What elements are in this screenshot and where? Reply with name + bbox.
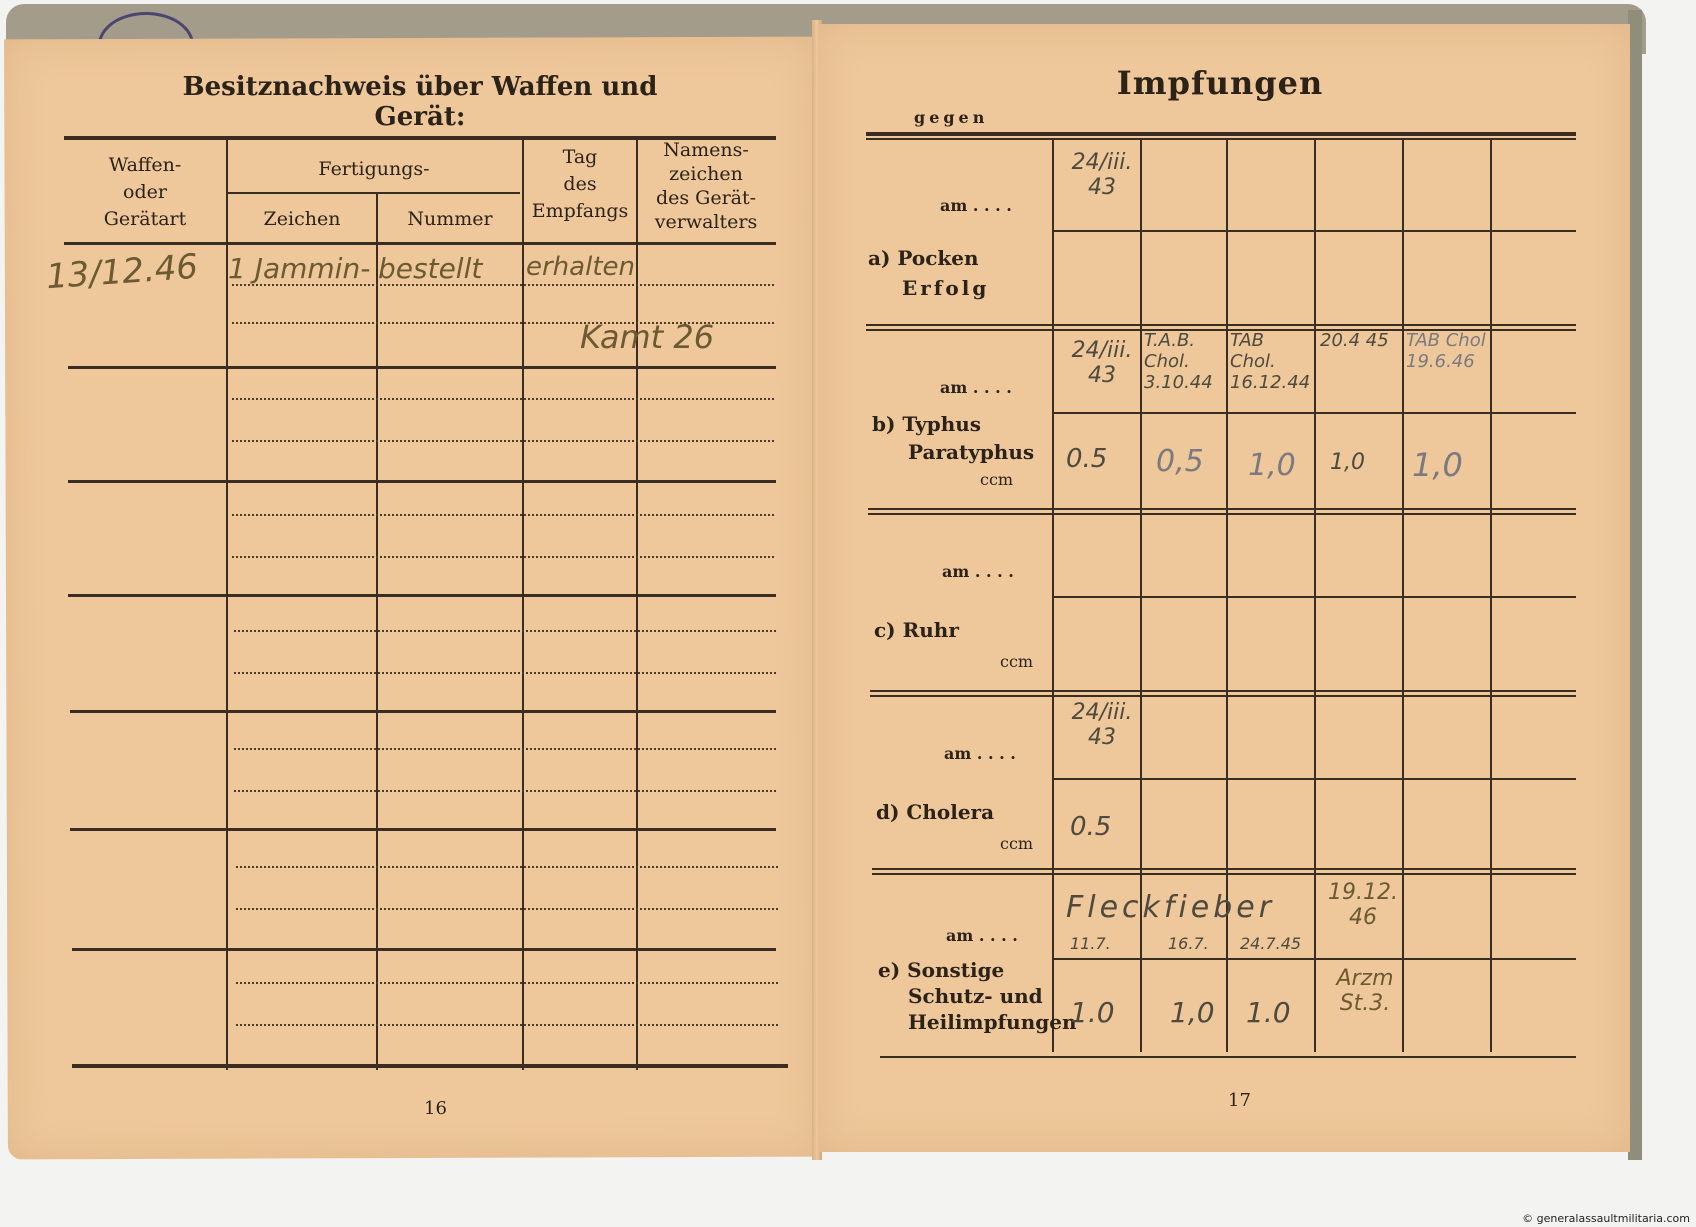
fleckfieber-note: Fleckfieber: [1066, 890, 1275, 925]
cholera-date: 24/iii. 43: [1062, 700, 1142, 750]
table-top-rule: [866, 138, 1576, 140]
am-divider: [1054, 412, 1576, 414]
row-rule: [72, 948, 776, 951]
am-divider: [1054, 596, 1576, 598]
section-a-sub: Erfolg: [902, 276, 989, 300]
sonstige-date: 24.7.45: [1240, 934, 1301, 953]
header-fertigung: Fertigungs-: [228, 156, 520, 183]
section-rule: [868, 508, 1576, 510]
am-label: am . . . .: [940, 196, 1012, 215]
dotted-line: [232, 514, 774, 516]
entry-text: 1 Jammin-: [228, 252, 370, 285]
am-divider: [1054, 778, 1576, 780]
typhus-ccm: 0,5: [1156, 444, 1204, 479]
header-tag: TagdesEmpfangs: [524, 144, 636, 225]
header-nummer: Nummer: [378, 206, 522, 233]
entry-text: bestellt: [378, 252, 482, 285]
table-bottom-rule: [880, 1056, 1576, 1058]
am-label: am . . . .: [946, 926, 1018, 945]
sonstige-note: Arzm St.3.: [1330, 966, 1400, 1016]
typhus-ccm: 1,0: [1330, 450, 1365, 475]
dotted-line: [234, 748, 776, 750]
col-divider: [522, 140, 524, 1070]
row-rule: [68, 366, 776, 369]
am-divider: [1054, 230, 1576, 232]
typhus-date: T.A.B. Chol. 3.10.44: [1144, 330, 1228, 393]
right-page: [818, 24, 1630, 1152]
sonstige-date: 19.12. 46: [1328, 880, 1398, 930]
typhus-date: TAB Chol 19.6.46: [1406, 330, 1486, 372]
entry-text: erhalten: [526, 252, 635, 282]
section-e-label: e) Sonstige: [878, 958, 1004, 982]
section-rule: [866, 324, 1576, 326]
dotted-line: [232, 440, 774, 442]
section-e-sub: Schutz- und: [908, 984, 1043, 1008]
left-page-title: Besitznachweis über Waffen und Gerät:: [150, 72, 690, 132]
section-a-label: a) Pocken: [868, 246, 979, 270]
am-divider: [1054, 958, 1576, 960]
row-rule: [68, 480, 776, 483]
sonstige-date: 11.7.: [1070, 934, 1111, 953]
section-e-sub2: Heilimpfungen: [908, 1010, 1077, 1034]
ccm-label: ccm: [1000, 834, 1033, 853]
section-rule: [872, 868, 1576, 870]
table-bottom-rule: [72, 1064, 788, 1068]
table-top-rule: [866, 132, 1576, 136]
header-namen: Namens-zeichendes Gerät-verwalters: [638, 138, 774, 234]
col-divider: [376, 194, 378, 1070]
sonstige-ccm: 1.0: [1070, 996, 1115, 1029]
typhus-date: 24/iii. 43: [1062, 338, 1142, 388]
sonstige-date: 16.7.: [1168, 934, 1209, 953]
section-d-label: d) Cholera: [876, 800, 994, 824]
gegen-label: gegen: [914, 108, 988, 127]
dotted-line: [232, 556, 774, 558]
cholera-ccm: 0.5: [1070, 812, 1111, 842]
section-rule: [870, 690, 1576, 692]
typhus-date: 20.4 45: [1320, 330, 1400, 351]
dotted-line: [234, 672, 776, 674]
right-page-title: Impfungen: [1100, 64, 1340, 102]
typhus-ccm: 1,0: [1248, 448, 1296, 483]
dotted-line: [234, 790, 776, 792]
fertigung-divider: [226, 192, 520, 194]
copyright-notice: © generalassaultmilitaria.com: [1522, 1212, 1690, 1225]
row-rule: [70, 710, 776, 713]
ccm-label: ccm: [980, 470, 1013, 489]
section-rule: [870, 695, 1576, 697]
page-number-right: 17: [1228, 1090, 1251, 1111]
dotted-line: [236, 1024, 778, 1026]
am-label: am . . . .: [940, 378, 1012, 397]
sonstige-ccm: 1,0: [1170, 996, 1215, 1029]
typhus-ccm: 1,0: [1412, 446, 1463, 484]
dotted-line: [236, 866, 778, 868]
dotted-line: [232, 398, 774, 400]
pocken-date: 24/iii. 43: [1062, 150, 1142, 200]
section-rule: [872, 873, 1576, 875]
entry-signature: Kamt 26: [580, 318, 714, 356]
section-b-label: b) Typhus: [872, 412, 981, 436]
sonstige-ccm: 1.0: [1246, 996, 1291, 1029]
am-label: am . . . .: [944, 744, 1016, 763]
section-rule: [868, 513, 1576, 515]
header-art: Waffen-oderGerätart: [70, 152, 220, 233]
page-number-left: 16: [424, 1098, 447, 1119]
typhus-date: TAB Chol. 16.12.44: [1230, 330, 1314, 393]
col-divider: [636, 140, 638, 1070]
header-bottom-rule: [64, 242, 776, 245]
ccm-label: ccm: [1000, 652, 1033, 671]
row-rule: [70, 828, 776, 831]
dotted-line: [234, 630, 776, 632]
row-rule: [68, 594, 776, 597]
header-zeichen: Zeichen: [228, 206, 376, 233]
typhus-ccm: 0.5: [1066, 444, 1107, 474]
section-c-label: c) Ruhr: [874, 618, 959, 642]
dotted-line: [236, 908, 778, 910]
section-b-sub: Paratyphus: [908, 440, 1034, 464]
am-label: am . . . .: [942, 562, 1014, 581]
book-cover-edge: [1628, 10, 1642, 1160]
dotted-line: [236, 982, 778, 984]
